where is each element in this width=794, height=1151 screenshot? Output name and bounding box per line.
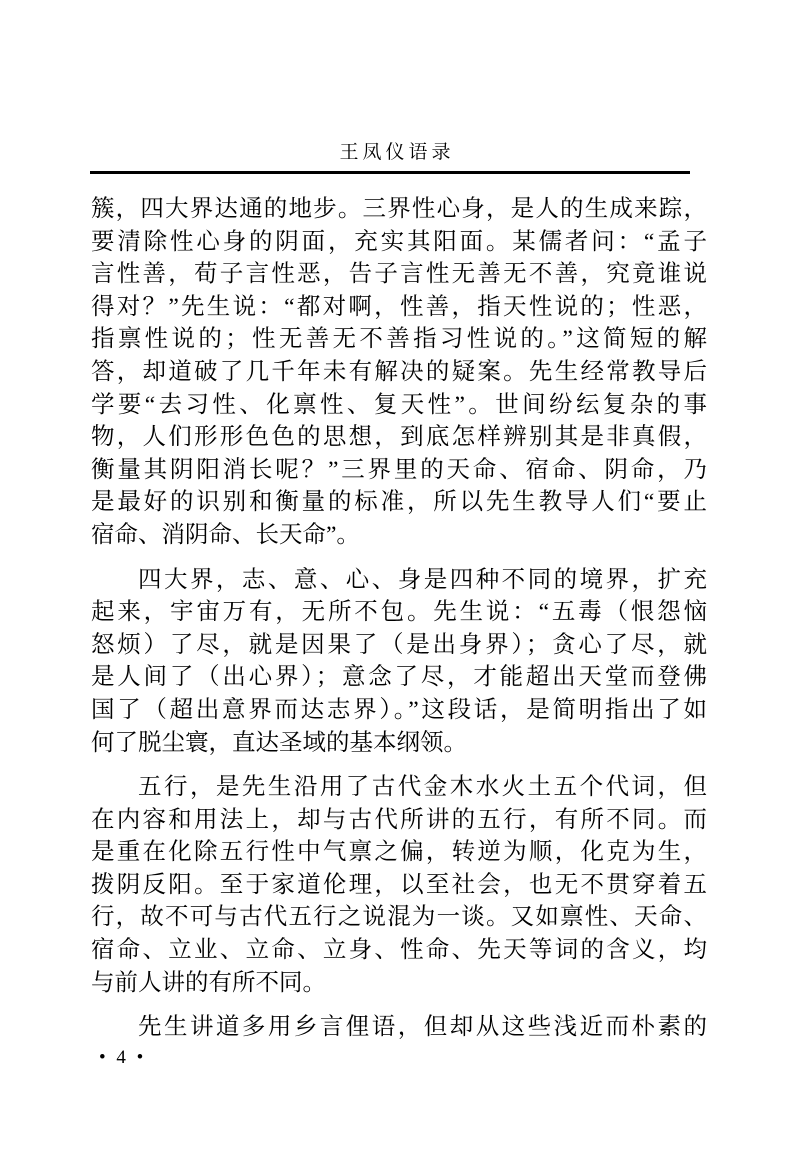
text-line: 先生讲道多用乡言俚语，但却从这些浅近而朴素的 (91, 1011, 707, 1044)
text-line: 五行，是先生沿用了古代金木水火土五个代词，但 (91, 771, 707, 804)
paragraph: 五行，是先生沿用了古代金木水火土五个代词，但 在内容和用法上，却与古代所讲的五行… (91, 771, 707, 999)
text-line: 学要“去习性、化禀性、复天性”。世间纷纭复杂的事 (91, 389, 707, 422)
text-line: 是最好的识别和衡量的标准，所以先生教导人们“要止 (91, 486, 707, 519)
text-line: 言性善，荀子言性恶，告子言性无善无不善，究竟谁说 (91, 258, 707, 291)
page-body: 簇，四大界达通的地步。三界性心身，是人的生成来踪， 要清除性心身的阴面，充实其阳… (91, 193, 707, 1044)
text-line: 是人间了（出心界）；意念了尽，才能超出天堂而登佛 (91, 661, 707, 694)
text-line: 簇，四大界达通的地步。三界性心身，是人的生成来踪， (91, 193, 707, 226)
text-line: 国了（超出意界而达志界）。”这段话，是简明指出了如 (91, 694, 707, 727)
page-number: • 4 • (99, 1047, 146, 1068)
text-line: 在内容和用法上，却与古代所讲的五行，有所不同。而 (91, 804, 707, 837)
text-line: 宿命、立业、立命、立身、性命、先天等词的含义，均 (91, 934, 707, 967)
text-line: 拨阴反阳。至于家道伦理，以至社会，也无不贯穿着五 (91, 869, 707, 902)
text-line: 行，故不可与古代五行之说混为一谈。又如禀性、天命、 (91, 901, 707, 934)
text-line: 指禀性说的；性无善无不善指习性说的。”这简短的解 (91, 323, 707, 356)
text-line: 宿命、消阴命、长天命”。 (91, 519, 707, 552)
text-line: 得对？”先生说：“都对啊，性善，指天性说的；性恶， (91, 291, 707, 324)
text-line: 衡量其阴阳消长呢？”三界里的天命、宿命、阴命，乃 (91, 454, 707, 487)
text-line: 与前人讲的有所不同。 (91, 967, 707, 1000)
text-line: 怒烦）了尽，就是因果了（是出身界）；贪心了尽，就 (91, 629, 707, 662)
text-line: 是重在化除五行性中气禀之偏，转逆为顺，化克为生， (91, 836, 707, 869)
paragraph: 先生讲道多用乡言俚语，但却从这些浅近而朴素的 (91, 1011, 707, 1044)
book-page: 王凤仪语录 簇，四大界达通的地步。三界性心身，是人的生成来踪， 要清除性心身的阴… (0, 0, 794, 1151)
text-line: 起来，宇宙万有，无所不包。先生说：“五毒（恨怨恼 (91, 596, 707, 629)
header-divider (90, 171, 690, 174)
text-line: 答，却道破了几千年未有解决的疑案。先生经常教导后 (91, 356, 707, 389)
paragraph: 簇，四大界达通的地步。三界性心身，是人的生成来踪， 要清除性心身的阴面，充实其阳… (91, 193, 707, 552)
text-line: 要清除性心身的阴面，充实其阳面。某儒者问：“孟子 (91, 226, 707, 259)
text-line: 四大界，志、意、心、身是四种不同的境界，扩充 (91, 564, 707, 597)
paragraph: 四大界，志、意、心、身是四种不同的境界，扩充 起来，宇宙万有，无所不包。先生说：… (91, 564, 707, 760)
page-title: 王凤仪语录 (0, 141, 794, 165)
text-line: 物，人们形形色色的思想，到底怎样辨别其是非真假， (91, 421, 707, 454)
page-footer: • 4 • (99, 1045, 794, 1071)
text-line: 何了脱尘寰，直达圣域的基本纲领。 (91, 727, 707, 760)
running-head: 王凤仪语录 (0, 0, 794, 174)
